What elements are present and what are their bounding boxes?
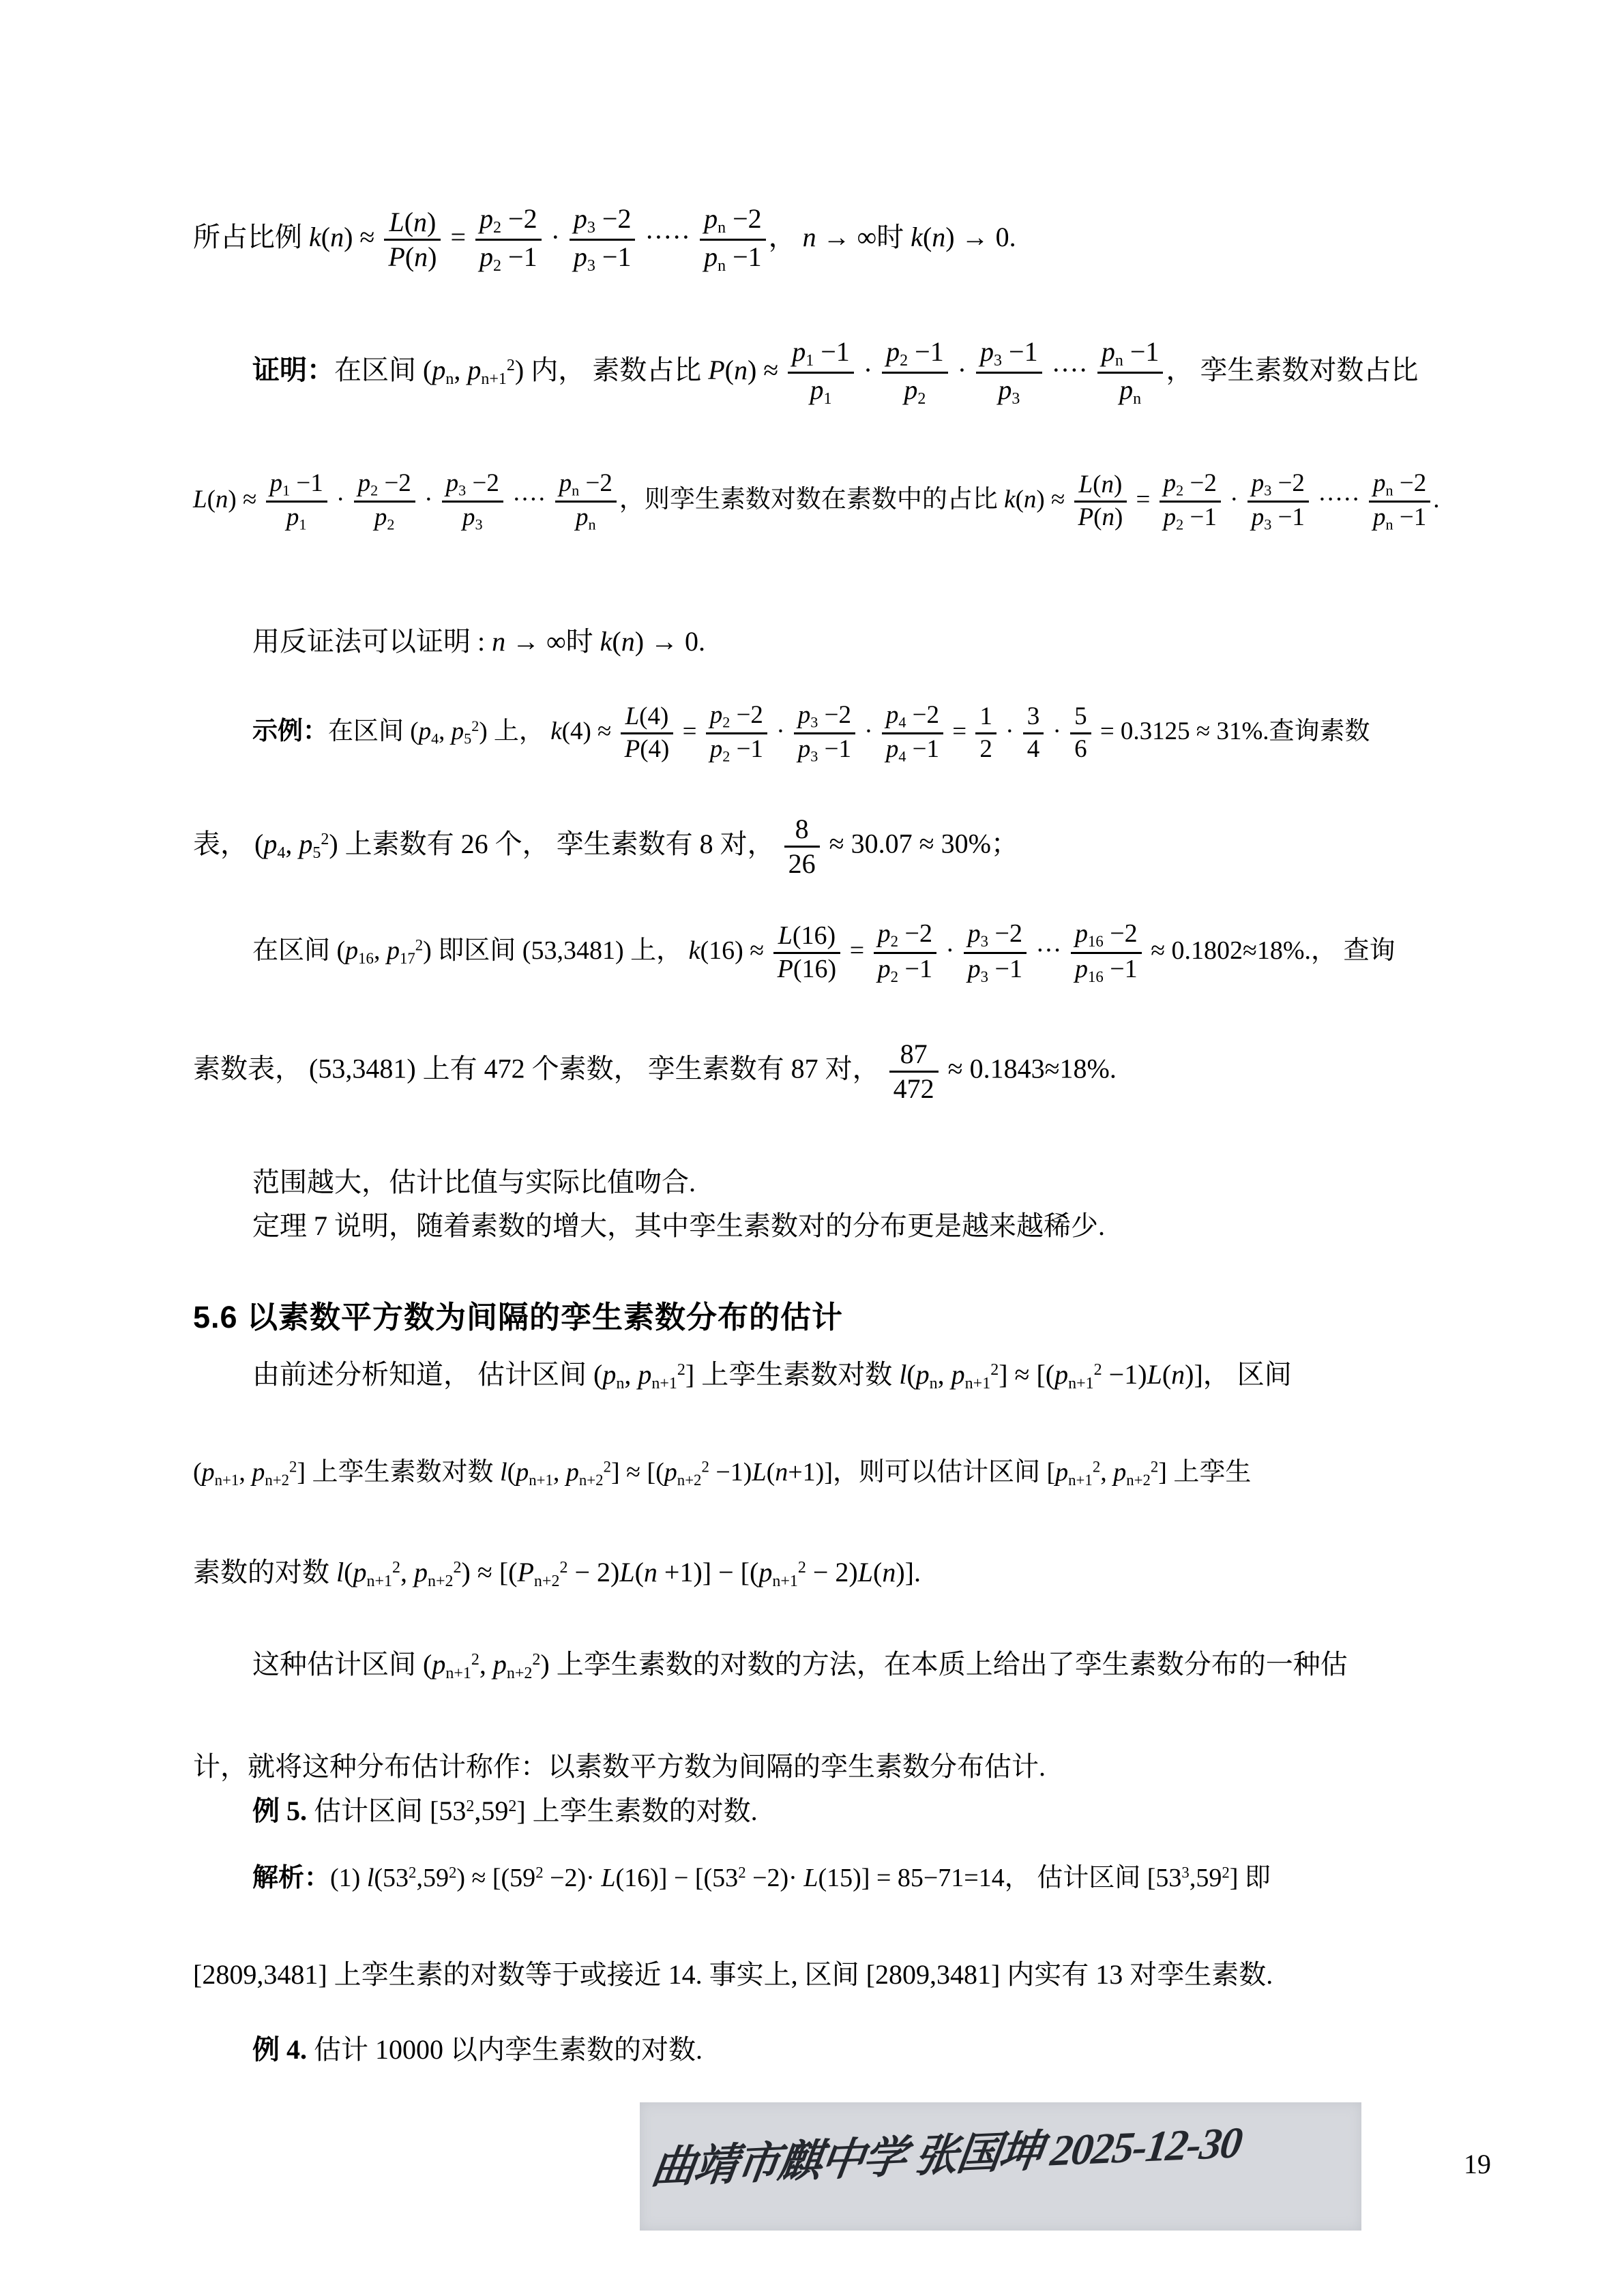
signature-strip: 曲靖市麒中学 张国坤 2025-12-30	[640, 2102, 1361, 2231]
para56-line-1: 由前述分析知道， 估计区间 (pn, pn+12] 上孪生素数对数 l(pn, …	[252, 1357, 1292, 1395]
fraction: p3 −2p3 −1	[1247, 471, 1309, 533]
fraction: p3 −2p3 −1	[794, 702, 855, 764]
fraction: pn −1pn	[1097, 338, 1164, 408]
fraction: p2 −2p2 −1	[874, 921, 936, 985]
fraction: 56	[1070, 704, 1091, 763]
page-number: 19	[1464, 2148, 1491, 2180]
remark-line-1: 范围越大，估计比值与实际比值吻合.	[252, 1165, 696, 1200]
para-estimate-line-1: 这种估计区间 (pn+12, pn+22) 上孪生素数的对数的方法，在本质上给出…	[252, 1647, 1348, 1684]
fraction: p4 −2p4 −1	[882, 702, 943, 764]
proof-line-3: 用反证法可以证明 : n → ∞时 k(n) → 0.	[252, 624, 705, 659]
fraction: pn −2pn	[555, 471, 617, 533]
fraction: p3 −2p3 −1	[570, 205, 636, 275]
fraction: p2 −2p2	[354, 471, 415, 533]
fraction: L(4)P(4)	[621, 704, 674, 763]
fraction: pn −2pn −1	[700, 205, 766, 275]
fraction: L(n)P(n)	[1074, 472, 1127, 531]
fraction: 12	[975, 704, 996, 763]
para-estimate-line-2: 计，就将这种分布估计称作：以素数平方数为间隔的孪生素数分布估计.	[193, 1749, 1046, 1785]
solution-line-1: 解析：(1) l(532,592) ≈ [(592 −2)· L(16)] − …	[252, 1862, 1271, 1895]
fraction: p3 −2p3 −1	[964, 921, 1027, 985]
fraction: L(16)P(16)	[773, 923, 841, 983]
fraction: p1 −1p1	[266, 471, 327, 533]
fraction: 826	[784, 815, 820, 878]
signature-handwriting: 曲靖市麒中学 张国坤 2025-12-30	[648, 2107, 1245, 2196]
example-k4-line-2: 表， (p4, p52) 上素数有 26 个， 孪生素数有 8 对， 826 ≈…	[193, 815, 1018, 878]
formula-kn-ratio-line: 所占比例 k(n) ≈ L(n)P(n) = p2 −2p2 −1 · p3 −…	[193, 205, 1016, 275]
document-page: 所占比例 k(n) ≈ L(n)P(n) = p2 −2p2 −1 · p3 −…	[0, 0, 1624, 2296]
fraction: p16 −2p16 −1	[1071, 921, 1142, 985]
solution-line-2: [2809,3481] 上孪生素的对数等于或接近 14. 事实上, 区间 [28…	[193, 1957, 1273, 1993]
section-heading: 5.6 以素数平方数为间隔的孪生素数分布的估计	[193, 1292, 843, 1337]
fraction: p2 −2p2 −1	[706, 702, 767, 764]
fraction: p3 −1p3	[976, 338, 1042, 408]
fraction: p2 −2p2 −1	[1160, 471, 1221, 533]
example-k16-line: 在区间 (p16, p172) 即区间 (53,3481) 上， k(16) ≈…	[252, 921, 1396, 985]
proof-line-2: L(n) ≈ p1 −1p1 · p2 −2p2 · p3 −2p3 ···· …	[193, 471, 1440, 533]
example4-line: 例 4. 估计 10000 以内孪生素数的对数.	[252, 2032, 703, 2068]
fraction: pn −2pn −1	[1369, 471, 1430, 533]
fraction: 87472	[889, 1040, 939, 1103]
para56-line-2: (pn+1, pn+22] 上孪生素数对数 l(pn+1, pn+22] ≈ […	[193, 1456, 1251, 1490]
fraction: p2 −1p2	[882, 338, 948, 408]
fraction: L(n)P(n)	[384, 208, 441, 271]
proof-line-1: 证明：在区间 (pn, pn+12) 内， 素数占比 P(n) ≈ p1 −1p…	[252, 338, 1418, 408]
remark-line-2: 定理 7 说明，随着素数的增大，其中孪生素数对的分布更是越来越稀少.	[252, 1208, 1105, 1244]
fraction: p3 −2p3	[442, 471, 503, 533]
example5-line: 例 5. 估计区间 [532,592] 上孪生素数的对数.	[252, 1793, 758, 1829]
fraction: p2 −2p2 −1	[475, 205, 542, 275]
example-k4-line: 示例：在区间 (p4, p52) 上， k(4) ≈ L(4)P(4) = p2…	[252, 702, 1370, 764]
example-k16-line-2: 素数表， (53,3481) 上有 472 个素数， 孪生素数有 87 对， 8…	[193, 1040, 1117, 1103]
fraction: p1 −1p1	[788, 338, 854, 408]
para56-line-3: 素数的对数 l(pn+12, pn+22) ≈ [(Pn+22 − 2)L(n …	[193, 1555, 921, 1592]
fraction: 34	[1023, 704, 1044, 763]
